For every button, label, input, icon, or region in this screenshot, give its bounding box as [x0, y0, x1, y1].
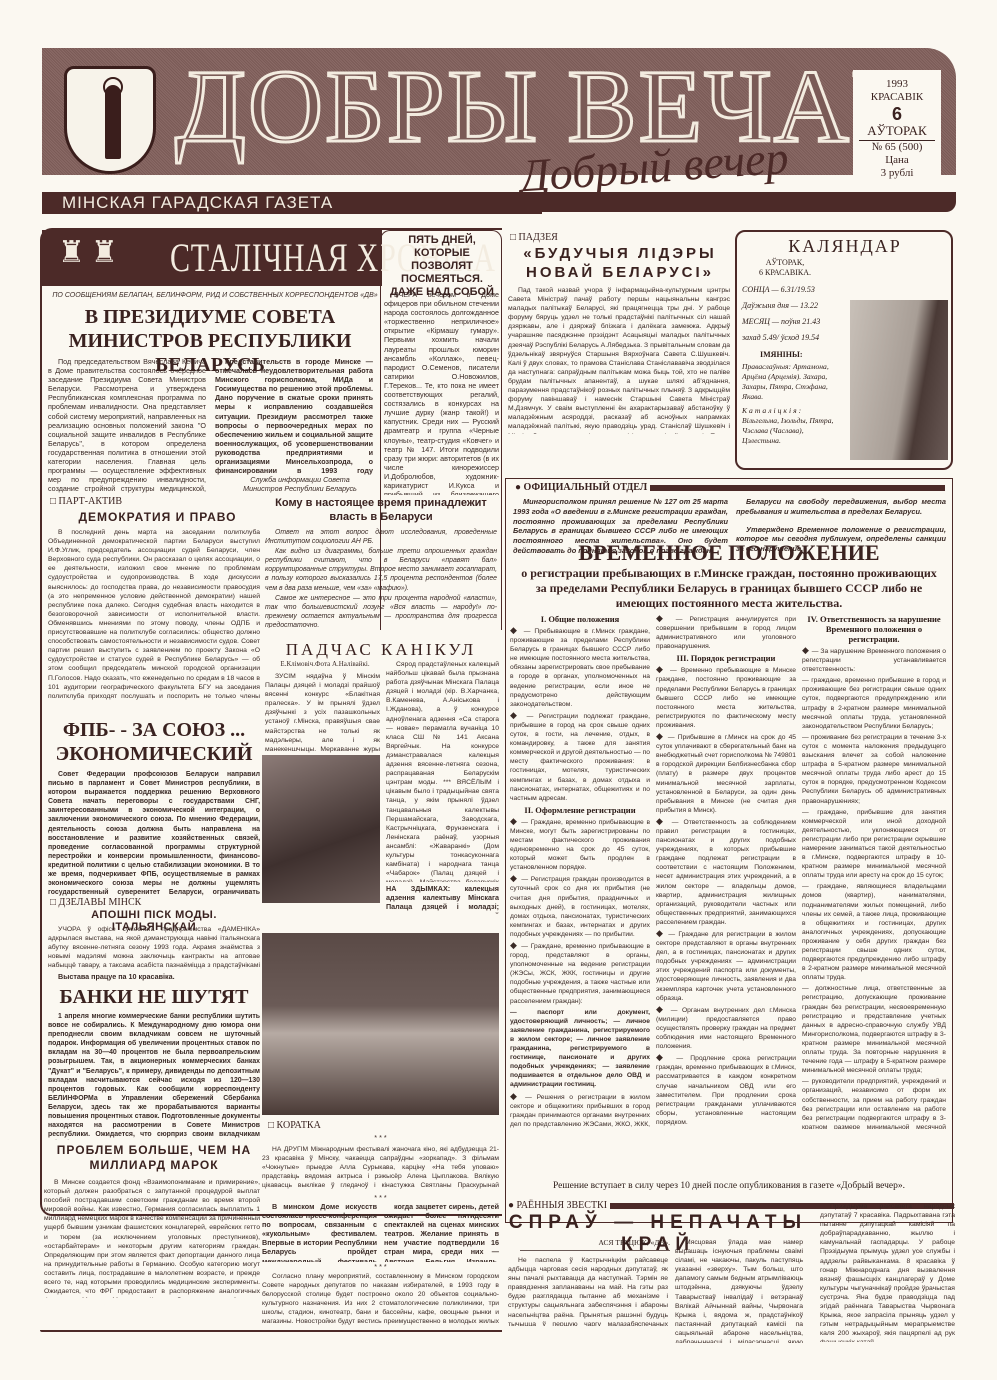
vlast-body: Ответ на этот вопрос дают исследования, … [265, 528, 497, 628]
street-lamp-icon: ♜♜ [58, 235, 158, 283]
official-subheadline: о регистрации пребывающих в г.Минске гра… [520, 566, 938, 611]
issue-date-box: 1993 КРАСАВІК 6 АЎТОРАК № 65 (500) Цана … [853, 70, 941, 188]
koratka-p3: Согласно плану мероприятий, составленном… [262, 1272, 499, 1328]
padchas-col1: ЗУСІМ нядаўна ў Мінскім Палацы дзяцей і … [265, 672, 380, 757]
banki-body: 1 апреля многие коммерческие банки респу… [48, 1012, 260, 1140]
price-value: 3 рублі [853, 167, 941, 180]
vlast-headline: Кому в настоящее время принадлежит власт… [265, 496, 497, 524]
calendar-date: АЎТОРАК,6 КРАСАВІКА. [740, 258, 830, 278]
partaktiv-body: В последний день марта на заседании поли… [48, 528, 260, 700]
partaktiv-headline: ДЕМОКРАТИЯ И ПРАВО [50, 510, 265, 524]
koratka-rubric: КОРАТКА [268, 1120, 321, 1131]
issue-day: 6 [853, 104, 941, 124]
koratka-separator-3: * * * [262, 1262, 499, 1271]
newspaper-subtitle: МІНСКАЯ ГАРАДСКАЯ ГАЗЕТА [62, 193, 333, 213]
fpb-body: Совет Федерации профсоюзов Беларуси напр… [48, 770, 260, 898]
delovoy-closing: Выстава працуе па 10 красавіка. [58, 972, 258, 981]
issue-weekday: АЎТОРАК [853, 124, 941, 137]
koratka-separator-2: * * * [262, 1193, 499, 1202]
marki-headline: ПРОБЛЕМ БОЛЬШЕ, ЧЕМ НА МИЛЛИАРД МАРОК [48, 1143, 260, 1173]
official-section-header: ● ОФИЦИАЛЬНЫЙ ОТДЕЛ [515, 482, 945, 493]
calendar-title: КАЛЯНДАР [740, 236, 950, 257]
presidium-col2: представительств в городе Минске — отмеч… [215, 357, 373, 475]
newspaper-title: ДОБРЫ ВЕЧАР [175, 52, 911, 162]
byline-rule [520, 1250, 670, 1251]
names-day-title: ІМЯНІНЫ: [760, 350, 803, 359]
rayon-col2: Мясцовая ўлада мае намер вырашаць існуюч… [675, 1238, 803, 1343]
presidium-signature: Служба информации Совета Министров Респу… [230, 475, 370, 493]
koratka-p1: НА ДРУГІМ Міжнародным фестывалі жаночага… [262, 1145, 499, 1191]
partaktiv-rubric: ПАРТ-АКТИВ [50, 496, 122, 507]
padchas-col2: Сярод прадстаўленых калекцый найбольш ці… [386, 660, 499, 882]
presidium-col1: Под председательством Вячеслава Кебича в… [48, 357, 206, 494]
official-section-label: ● ОФИЦИАЛЬНЫЙ ОТДЕЛ [515, 482, 650, 493]
rayon-col3: Прэзідыума райсавета народных дэпутатаў … [820, 1202, 955, 1342]
minsk-coat-of-arms-icon [64, 66, 156, 174]
official-col-1: I. Общие положения — Пребывающие в г.Мин… [510, 614, 650, 1129]
sun-times: СОНЦА — 6.31/19.53 [742, 282, 837, 298]
official-headline: ВРЕМЕННОЕ ПОЛОЖЕНИЕ [505, 540, 953, 566]
official-col-2: — Регистрация аннулируется при совершени… [656, 614, 796, 1129]
section-rule [650, 485, 945, 491]
delovoy-body: УЧОРА ў офісе сумеснага прадпрыемства «Д… [48, 925, 260, 971]
banki-headline: БАНКИ НЕ ШУТЯТ [48, 986, 260, 1009]
laugh-body: ВЧЕРА вечером в Доме офицеров при обильн… [384, 290, 499, 495]
issue-year: 1993 [853, 78, 941, 91]
koratka-p2a: В минском Доме искусств состоялась пресс… [262, 1202, 377, 1262]
marki-body: В Минске создается фонд «Взаимопонимание… [44, 1178, 260, 1298]
chronicle-bottom-rule [40, 1330, 502, 1332]
delovoy-rubric: ДЗЕЛАВЫ МІНСК [50, 897, 141, 908]
padchas-caption: НА ЗДЫМКАХ: калекцыя адзення калектыву М… [386, 884, 499, 914]
calendar-astro: СОНЦА — 6.31/19.53 Даўжыня дня — 13.22 М… [742, 282, 837, 346]
rayon-section-label: ● РАЁННЫЯ ЗВЕСТКІ [508, 1200, 610, 1211]
official-col-3: IV. Ответственность за нарушение Временн… [802, 614, 946, 1129]
folk-dance-photo [262, 933, 499, 1115]
price-label: Цана [853, 154, 941, 167]
moon-phase: МЕСЯЦ — поўня 21.43 [742, 314, 837, 330]
padzeya-headline: «БУДУЧЫЯ ЛІДЭРЫ НОВАЙ БЕЛАРУСІ» [510, 244, 730, 282]
issue-month: КРАСАВІК [853, 91, 941, 104]
fashion-show-photo [262, 755, 380, 903]
names-day-list: Праваслаўныя: Артамона, Арцёма (Арцемія)… [742, 362, 837, 446]
day-length: Даўжыня дня — 13.22 [742, 298, 837, 314]
koratka-separator: * * * [262, 1133, 499, 1142]
padzeya-body: Пад такой назвай учора ў інфармацыйна-ку… [508, 286, 730, 434]
padchas-byline: Е.Клімовіч.Фота А.Налівайкі. [270, 660, 380, 669]
padchas-headline: ПАДЧАС КАНІКУЛ [265, 640, 497, 660]
koratka-p2b: когда зацветет сирень, детей ожидает бол… [384, 1202, 499, 1262]
fpb-headline: ФПБ- - ЗА СОЮЗ ... ЭКОНОМИЧЕСКИЙ [48, 718, 260, 766]
rayon-byline: АСЯ ТРАЦЮК, «ДВ». [560, 1238, 670, 1247]
issue-number: № 65 (500) [853, 141, 941, 154]
bird-on-tree-photo [850, 300, 948, 460]
official-footer: Решение вступает в силу через 10 дней по… [505, 1181, 953, 1191]
subtitle-bar-right [542, 192, 956, 212]
moon-set-rise: захад 5.49/ ўсход 19.54 [742, 330, 837, 346]
chronicle-sources: ПО СООБЩЕНИЯМ БЕЛАПАН, БЕЛИНФОРМ, РИД И … [50, 292, 380, 299]
padzeya-rubric: ПАДЗЕЯ [510, 232, 558, 243]
rayon-col1: Не паспела ў Кастрычніцкім райсавеце адб… [508, 1256, 668, 1326]
